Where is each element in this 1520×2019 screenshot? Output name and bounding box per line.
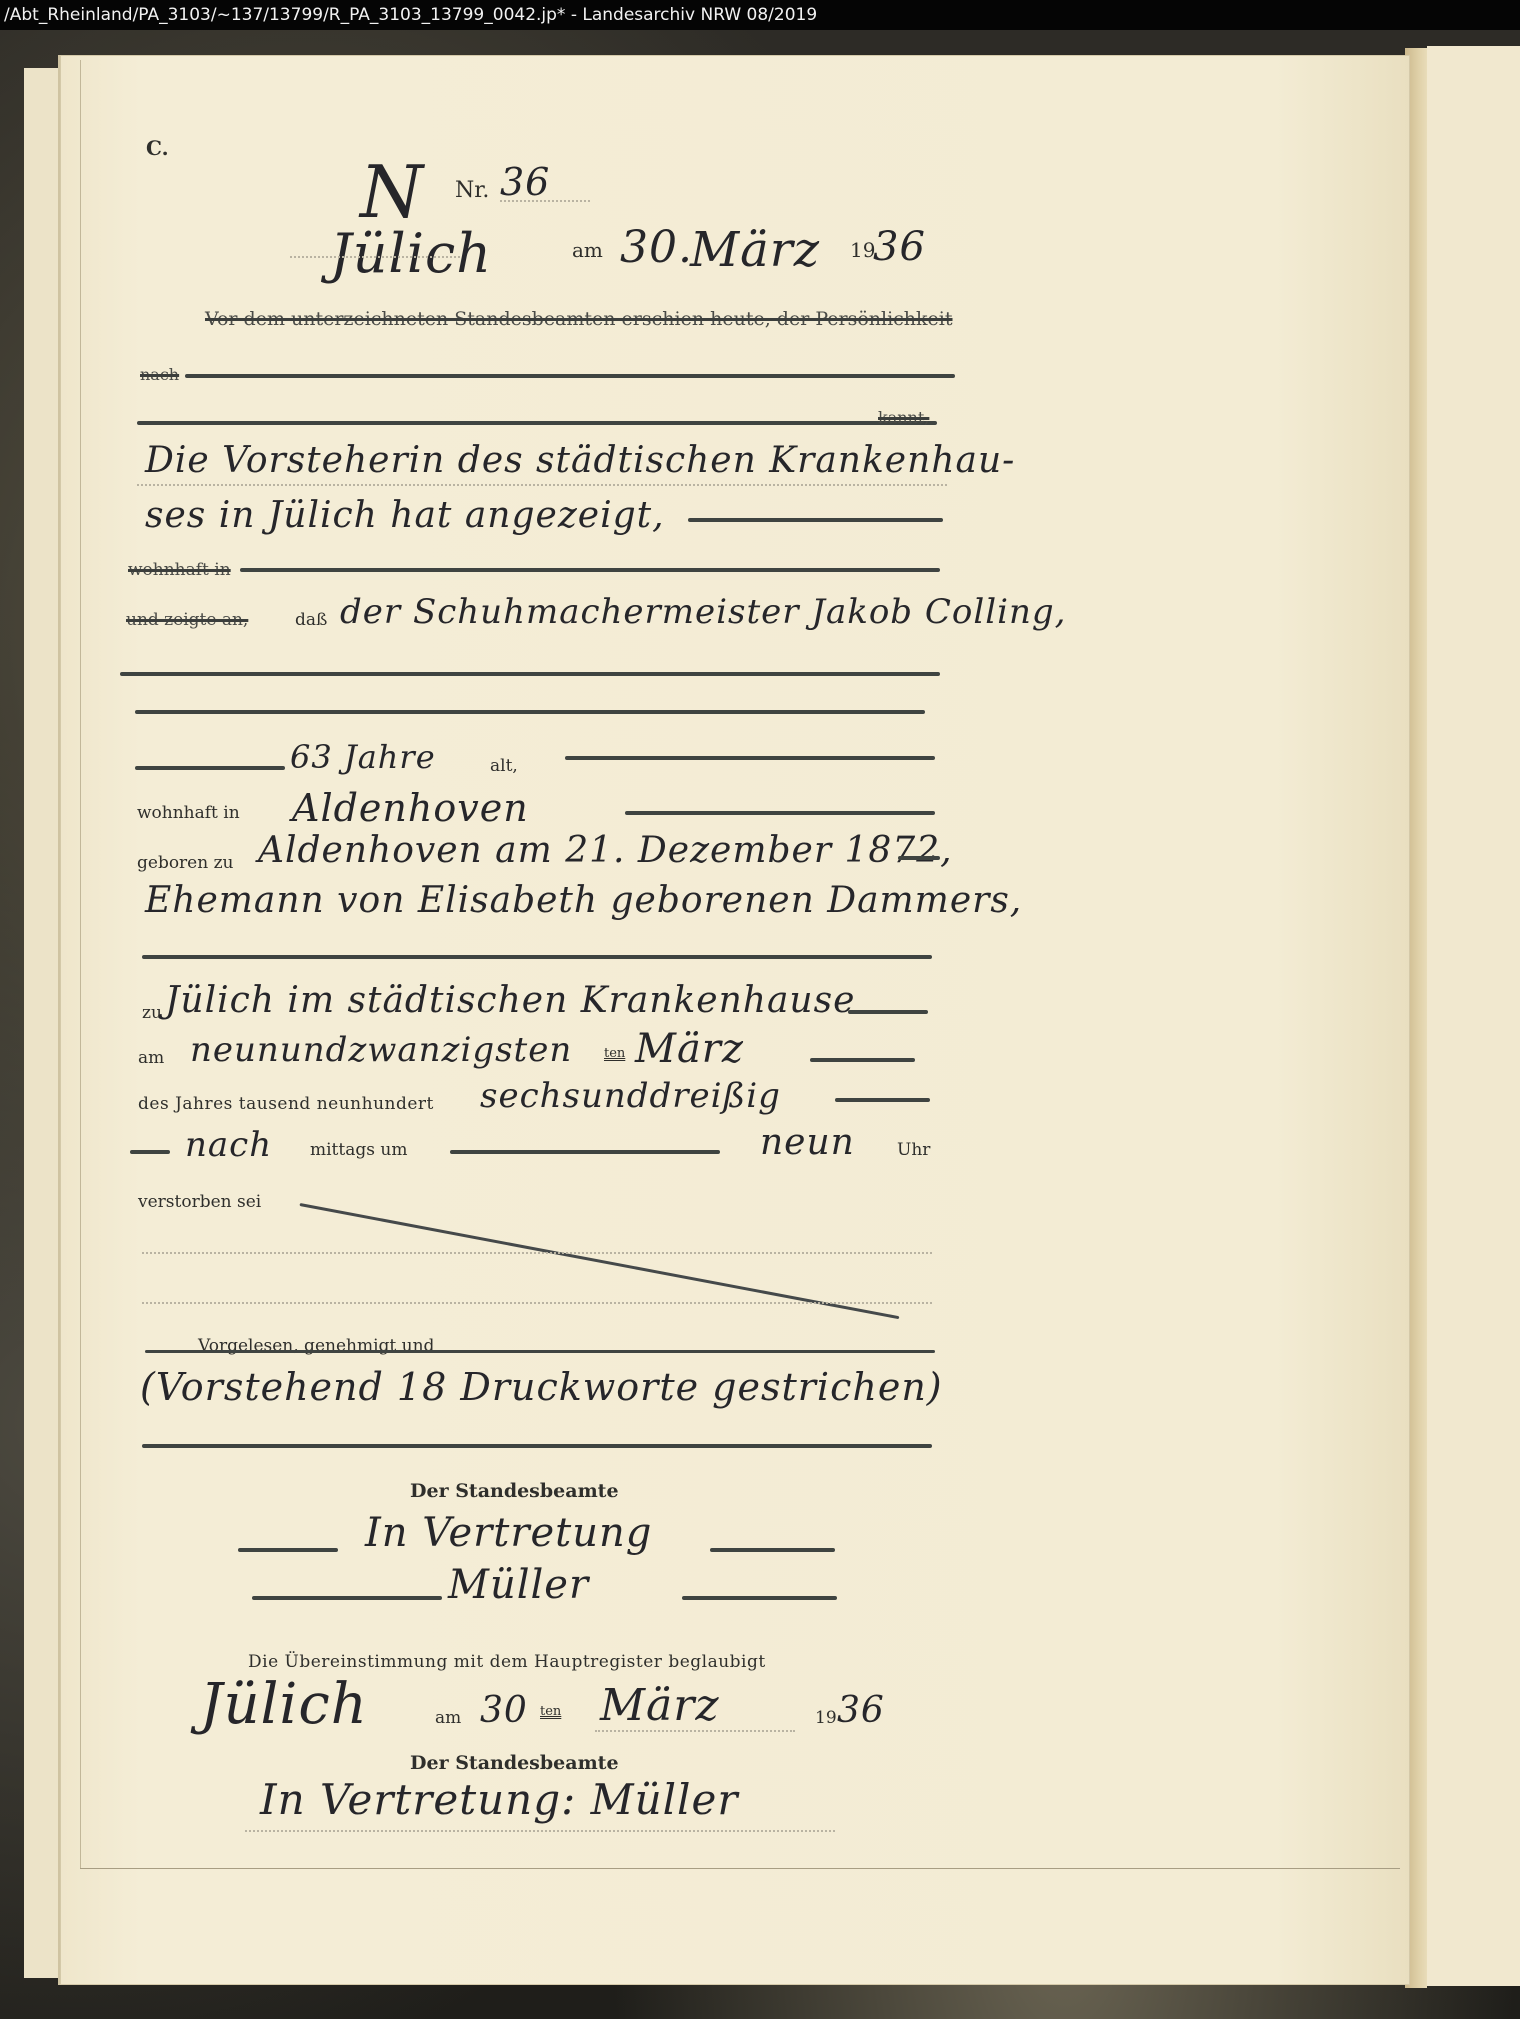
official-title: Der Standesbeamte xyxy=(410,1480,619,1502)
death-month-value: März xyxy=(635,1026,744,1072)
fill-bar xyxy=(625,811,935,815)
dotted-line xyxy=(137,484,947,486)
died-label: verstorben sei xyxy=(138,1192,261,1212)
struck-preamble: Vor dem unterzeichneten Standesbeamten e… xyxy=(205,308,953,330)
time-prefix-value: nach xyxy=(185,1125,272,1165)
fill-bar xyxy=(142,1444,932,1448)
registry-place: Jülich xyxy=(330,222,492,285)
read-approved-label: Vorgelesen, genehmigt und xyxy=(198,1336,434,1356)
cert-signature: In Vertretung: Müller xyxy=(260,1775,738,1824)
registry-year-suffix: 36 xyxy=(873,224,926,270)
fill-bar xyxy=(810,1058,915,1062)
fill-bar xyxy=(252,1596,442,1600)
time-label: mittags um xyxy=(310,1140,407,1160)
strike-bar xyxy=(145,1350,935,1353)
cert-am-label: am xyxy=(435,1708,461,1728)
born-label: geboren zu xyxy=(137,853,234,873)
cert-official-title: Der Standesbeamte xyxy=(410,1752,619,1774)
fill-bar xyxy=(142,955,932,959)
registry-month: März xyxy=(690,222,820,278)
fill-bar xyxy=(835,1098,930,1102)
death-register-entry: C. N Nr. 36 Jülich am 30. März 19 36 Vor… xyxy=(0,0,1520,2019)
strike-bar xyxy=(137,421,937,425)
place-dotted-line xyxy=(290,256,460,258)
time-value: neun xyxy=(760,1122,855,1163)
deceased-description: der Schuhmachermeister Jakob Colling, xyxy=(340,592,1066,632)
strike-note: (Vorstehend 18 Druckworte gestrichen) xyxy=(140,1365,943,1409)
fill-bar xyxy=(238,1548,338,1552)
spouse-value: Ehemann von Elisabeth geborenen Dammers, xyxy=(145,880,1022,921)
dotted-line xyxy=(142,1252,932,1254)
signature-line-2: Müller xyxy=(448,1562,589,1608)
death-day-value: neunundzwanzigsten xyxy=(190,1030,572,1070)
struck-kannt: kannt, xyxy=(878,408,929,427)
fill-bar xyxy=(450,1150,720,1154)
dotted-line xyxy=(245,1830,835,1832)
struck-und-zeigte-an: und zeigte an, xyxy=(126,610,248,630)
cert-day: 30 xyxy=(480,1690,528,1731)
year-value: sechsunddreißig xyxy=(480,1076,781,1116)
struck-nach: nach xyxy=(140,365,179,384)
age-value: 63 Jahre xyxy=(290,738,436,776)
dotted-line xyxy=(142,1302,932,1304)
ten-suffix: ten xyxy=(604,1046,625,1061)
death-day-label: am xyxy=(138,1048,164,1068)
informant-line-1: Die Vorsteherin des städtischen Krankenh… xyxy=(145,440,1015,481)
death-place-value: Jülich im städtischen Krankenhause xyxy=(165,980,855,1021)
fill-bar xyxy=(710,1548,835,1552)
informant-line-2: ses in Jülich hat angezeigt, xyxy=(145,495,665,536)
form-letter: C. xyxy=(146,136,169,160)
cert-year-prefix: 19 xyxy=(815,1708,837,1728)
cert-month: März xyxy=(600,1680,720,1731)
fill-bar xyxy=(565,756,935,760)
fill-bar xyxy=(135,710,925,714)
date-am-label: am xyxy=(572,238,603,262)
registry-day: 30. xyxy=(620,222,693,273)
fill-bar xyxy=(688,518,943,522)
dotted-line xyxy=(595,1730,795,1732)
fill-bar xyxy=(682,1596,837,1600)
fill-bar xyxy=(130,1150,170,1154)
cert-year-suffix: 36 xyxy=(837,1690,885,1731)
nr-label: Nr. xyxy=(455,178,489,203)
fill-bar xyxy=(848,1010,928,1014)
signature-line-1: In Vertretung xyxy=(365,1510,652,1556)
age-label: alt, xyxy=(490,756,518,776)
year-prefix: 19 xyxy=(850,238,875,262)
residence-value: Aldenhoven xyxy=(292,786,529,830)
cert-place: Jülich xyxy=(200,1672,368,1737)
struck-wohnhaft: wohnhaft in xyxy=(128,560,231,580)
born-value: Aldenhoven am 21. Dezember 1872, xyxy=(258,830,953,871)
fill-bar xyxy=(120,672,940,676)
dass-label: daß xyxy=(295,610,327,630)
fill-bar xyxy=(898,856,940,860)
residence-label: wohnhaft in xyxy=(137,803,240,823)
death-place-label: zu xyxy=(142,1003,162,1023)
cert-ten-suffix: ten xyxy=(540,1704,561,1719)
fill-bar xyxy=(135,766,285,770)
strike-bar xyxy=(185,374,955,378)
entry-number: 36 xyxy=(500,160,550,204)
certification-text: Die Übereinstimmung mit dem Hauptregiste… xyxy=(248,1652,766,1672)
strike-bar xyxy=(240,568,940,572)
uhr-label: Uhr xyxy=(897,1140,930,1160)
nr-dotted-line xyxy=(500,200,590,202)
year-label: des Jahres tausend neunhundert xyxy=(138,1094,434,1114)
